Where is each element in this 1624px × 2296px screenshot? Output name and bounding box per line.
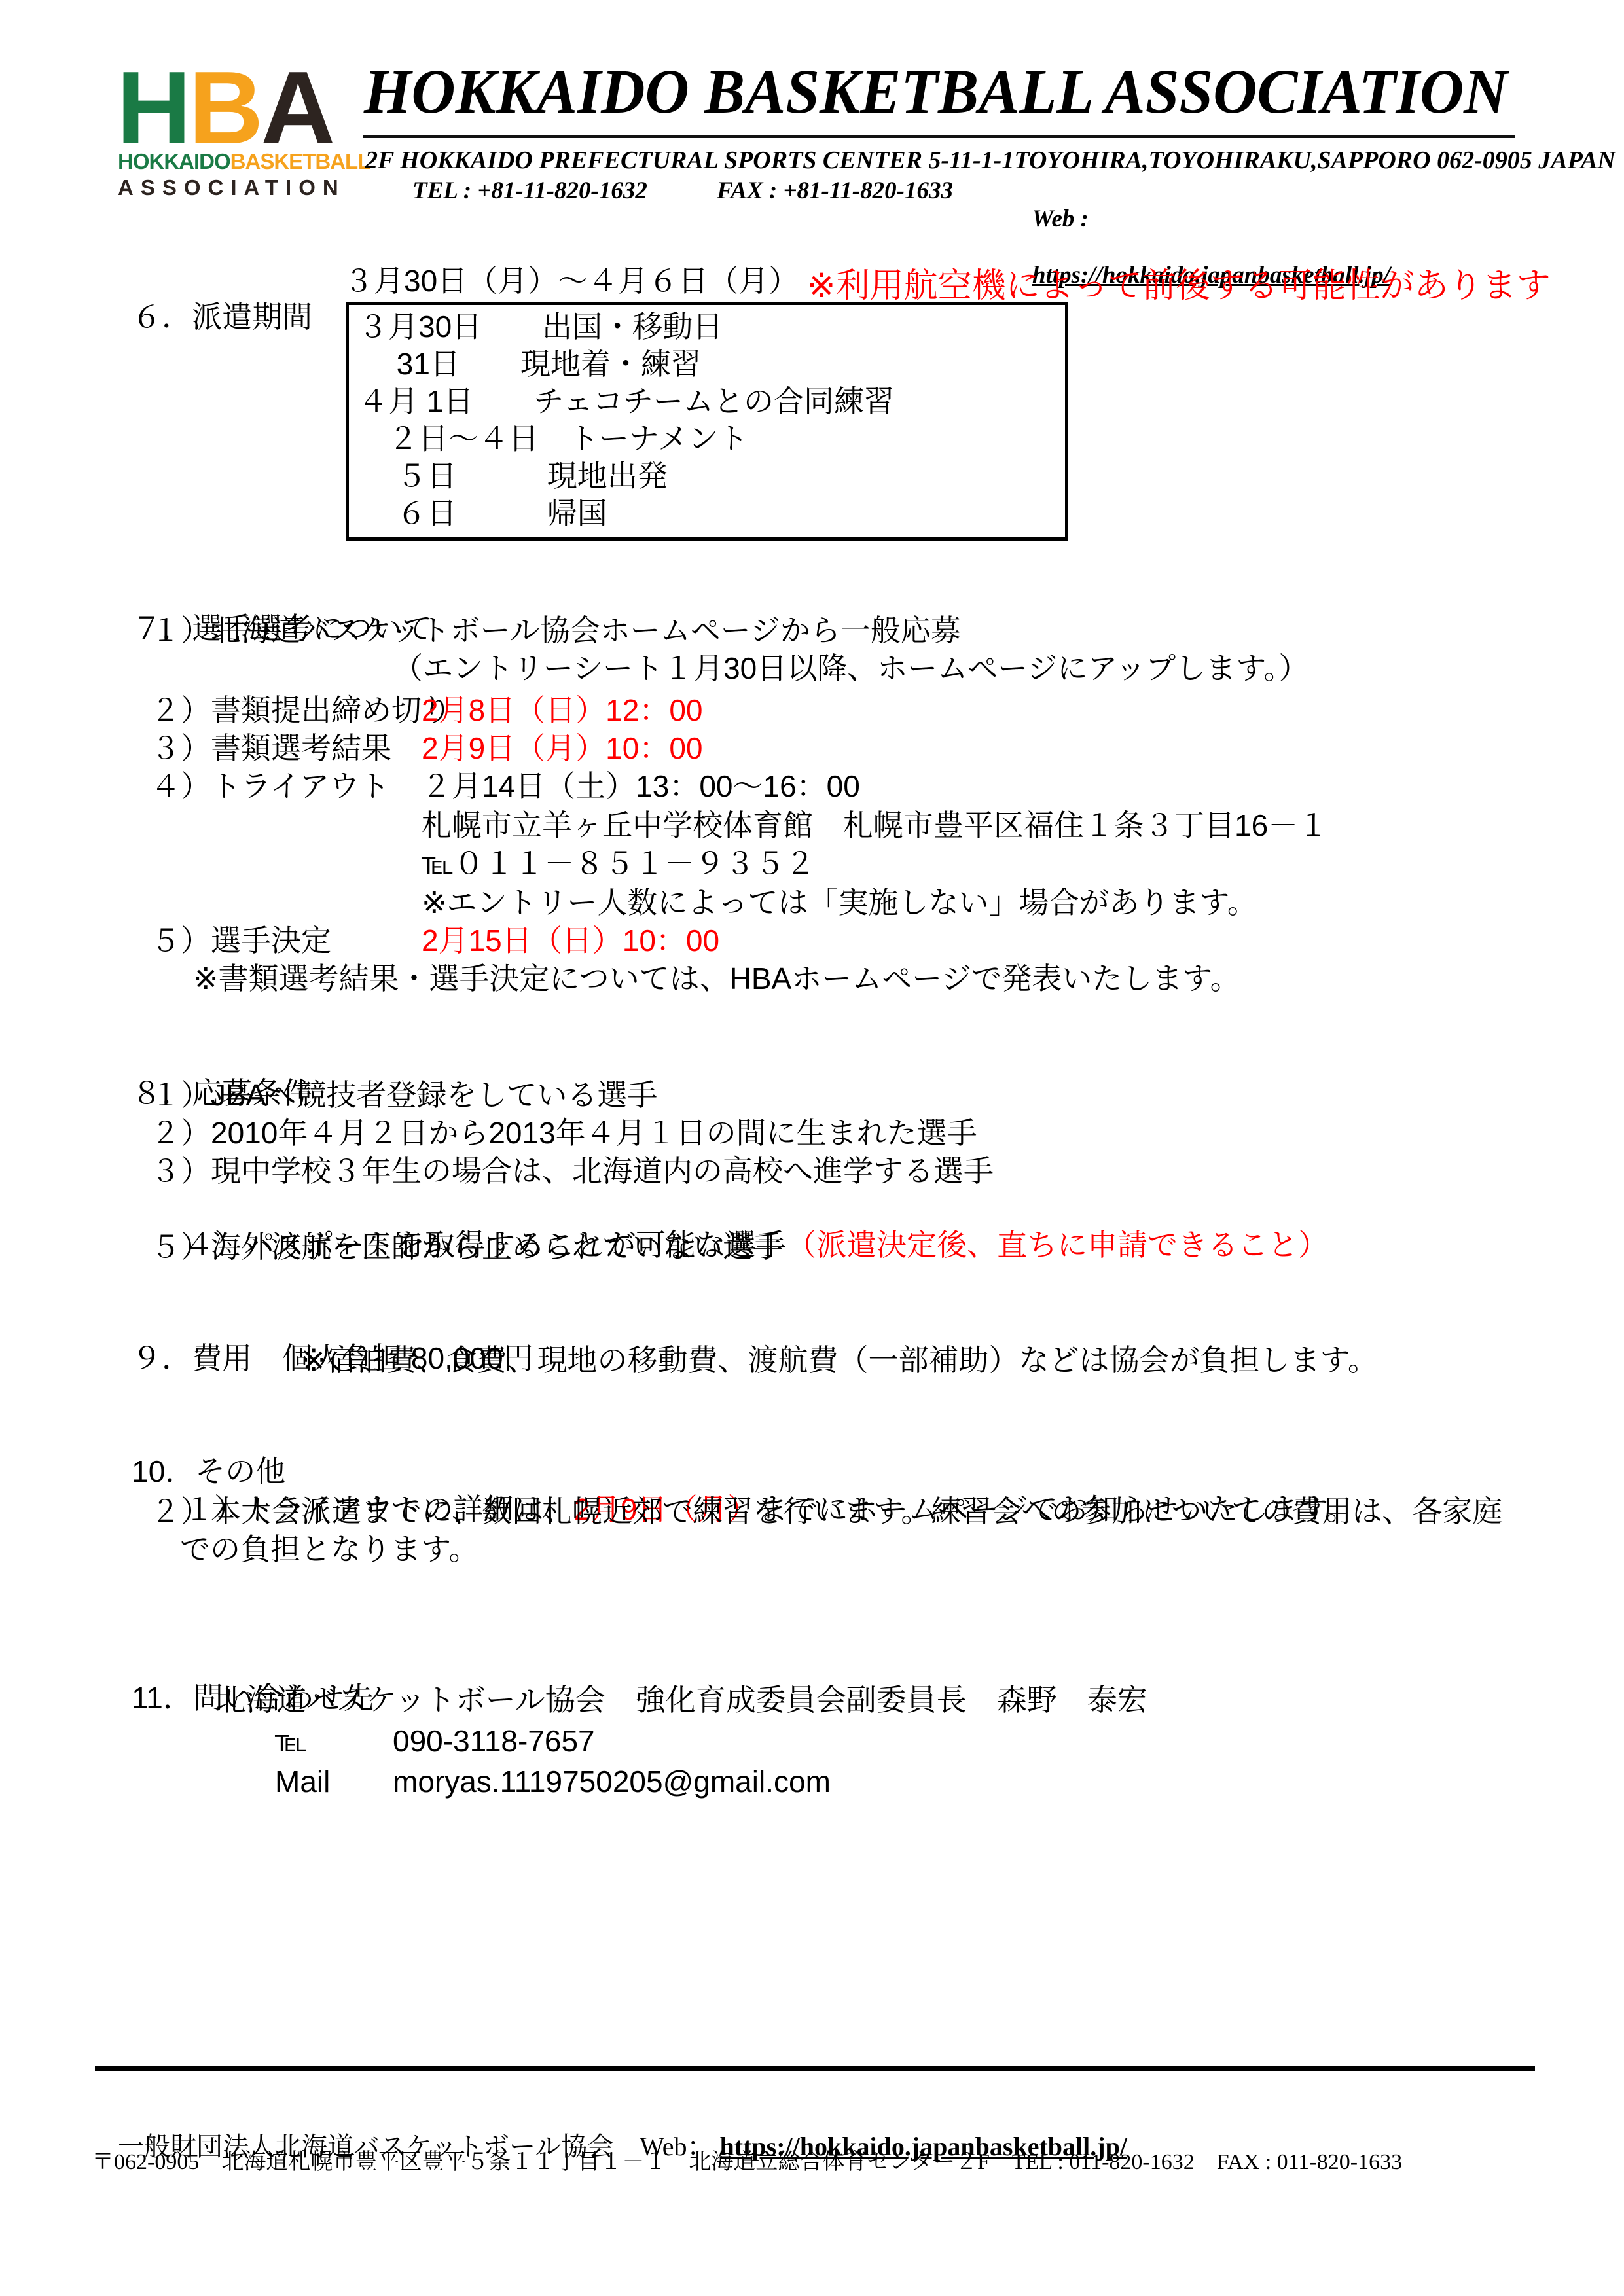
deadline-date: 2月8日（日）12：00	[422, 692, 703, 728]
selection-item-5-label: ５）選手決定	[151, 923, 331, 959]
selection-item-4-label: ４）トライアウト	[151, 768, 389, 804]
document-page: HBA HOKKAIDO BASKETBALL ASSOCIATION HOKK…	[0, 0, 1624, 2296]
schedule-row: ３月30日 出国・移動日	[358, 308, 1058, 346]
logo-subtitle: HOKKAIDO BASKETBALL	[118, 149, 329, 174]
dispatch-period: ３月30日（月）～４月６日（月）	[344, 263, 799, 299]
header-tel: TEL : +81-11-820-1632	[412, 177, 647, 205]
logo-letter-b: B	[189, 50, 261, 166]
title-underline	[363, 135, 1515, 138]
contact-mail-address[interactable]: moryas.1119750205@gmail.com	[393, 1764, 831, 1800]
header-web-label: Web :	[1032, 206, 1089, 232]
other-item-2: ２）本大会派遣までに、数回札幌近郊で練習を行います。練習会への参加についての費用…	[151, 1494, 1502, 1530]
player-decision-date: 2月15日（日）10：00	[422, 923, 719, 959]
tryout-caution-note: ※エントリー人数によっては「実施しない」場合があります。	[422, 885, 1257, 921]
section6-heading: ６．派遣期間	[98, 263, 312, 372]
contact-tel-number[interactable]: 090-3118-7657	[393, 1723, 595, 1759]
section6-number: ６．	[132, 300, 192, 334]
selection-item-1-note: （エントリーシート１月30日以降、ホームページにアップします。）	[393, 651, 1308, 687]
footer-divider	[95, 2066, 1535, 2071]
schedule-row: 31日 現地着・練習	[358, 346, 1058, 383]
logo-letter-a: A	[261, 50, 333, 166]
footer-org-line: 一般財団法人北海道バスケットボール協会 Web： https://hokkaid…	[92, 2100, 1127, 2194]
schedule-table: ３月30日 出国・移動日 31日 現地着・練習 ４月 1日 チェコチームとの合同…	[346, 302, 1068, 541]
schedule-row: ６日 帰国	[358, 495, 1058, 532]
page-title: HOKKAIDO BASKETBALL ASSOCIATION	[364, 55, 1507, 128]
tryout-datetime: ２月14日（土）13：00～16：00	[422, 768, 860, 804]
schedule-row: ２日～４日 トーナメント	[358, 420, 1058, 457]
cost-note: ※宿泊費、食費、現地の移動費、渡航費（一部補助）などは協会が負担します。	[301, 1342, 1378, 1378]
selection-item-1: １）北海道バスケットボール協会ホームページから一般応募	[151, 613, 961, 649]
schedule-row: ５日 現地出発	[358, 457, 1058, 495]
selection-item-2-label: ２）書類提出締め切り	[151, 692, 452, 728]
tryout-venue: 札幌市立羊ヶ丘中学校体育館 札幌市豊平区福住１条３丁目16－１	[422, 808, 1328, 844]
tryout-venue-tel: ℡０１１－８５１－９３５２	[422, 846, 815, 882]
hba-logo: HBA	[117, 56, 333, 160]
screening-result-date: 2月9日（月）10：00	[422, 730, 703, 766]
contact-mail-label: Mail	[275, 1764, 330, 1800]
section11-number: 11．	[132, 1681, 193, 1715]
announcement-note: ※書類選考結果・選手決定については、HBAホームページで発表いたします。	[193, 961, 1240, 997]
schedule-row: ４月 1日 チェコチームとの合同練習	[358, 383, 1058, 420]
condition-item-3: ３）現中学校３年生の場合は、北海道内の高校へ進学する選手	[151, 1153, 994, 1189]
section9-number: ９．	[132, 1341, 192, 1375]
other-item-2-continued: での負担となります。	[180, 1532, 478, 1568]
association-address: 2F HOKKAIDO PREFECTURAL SPORTS CENTER 5-…	[365, 146, 1615, 175]
section6-title: 派遣期間	[192, 300, 312, 334]
contact-tel-label: ℡	[275, 1723, 307, 1759]
logo-letter-h: H	[117, 50, 189, 166]
footer-address-line: 〒062-0905 北海道札幌市豊平区豊平５条１１丁目１－１ 北海道立総合体育セ…	[92, 2149, 1402, 2176]
logo-basketball-label: BASKETBALL	[230, 149, 370, 174]
passport-note: （派遣決定後、直ちに申請できること）	[786, 1228, 1328, 1262]
selection-item-3-label: ３）書類選考結果	[151, 730, 391, 766]
condition-item-5: ５）海外渡航を医師から止められていない選手	[151, 1229, 783, 1265]
condition-item-2: ２）2010年４月２日から2013年４月１日の間に生まれた選手	[151, 1115, 977, 1151]
contact-person: 北海道バスケットボール協会 強化育成委員会副委員長 森野 泰宏	[216, 1682, 1147, 1718]
logo-hokkaido-label: HOKKAIDO	[118, 149, 230, 174]
condition-item-1: １）JBAへ競技者登録をしている選手	[151, 1077, 657, 1113]
header-fax: FAX : +81-11-820-1633	[717, 177, 953, 205]
logo-association-label: ASSOCIATION	[118, 175, 346, 200]
flight-caution-note: ※利用航空機によって前後する可能性があります	[807, 258, 1551, 307]
